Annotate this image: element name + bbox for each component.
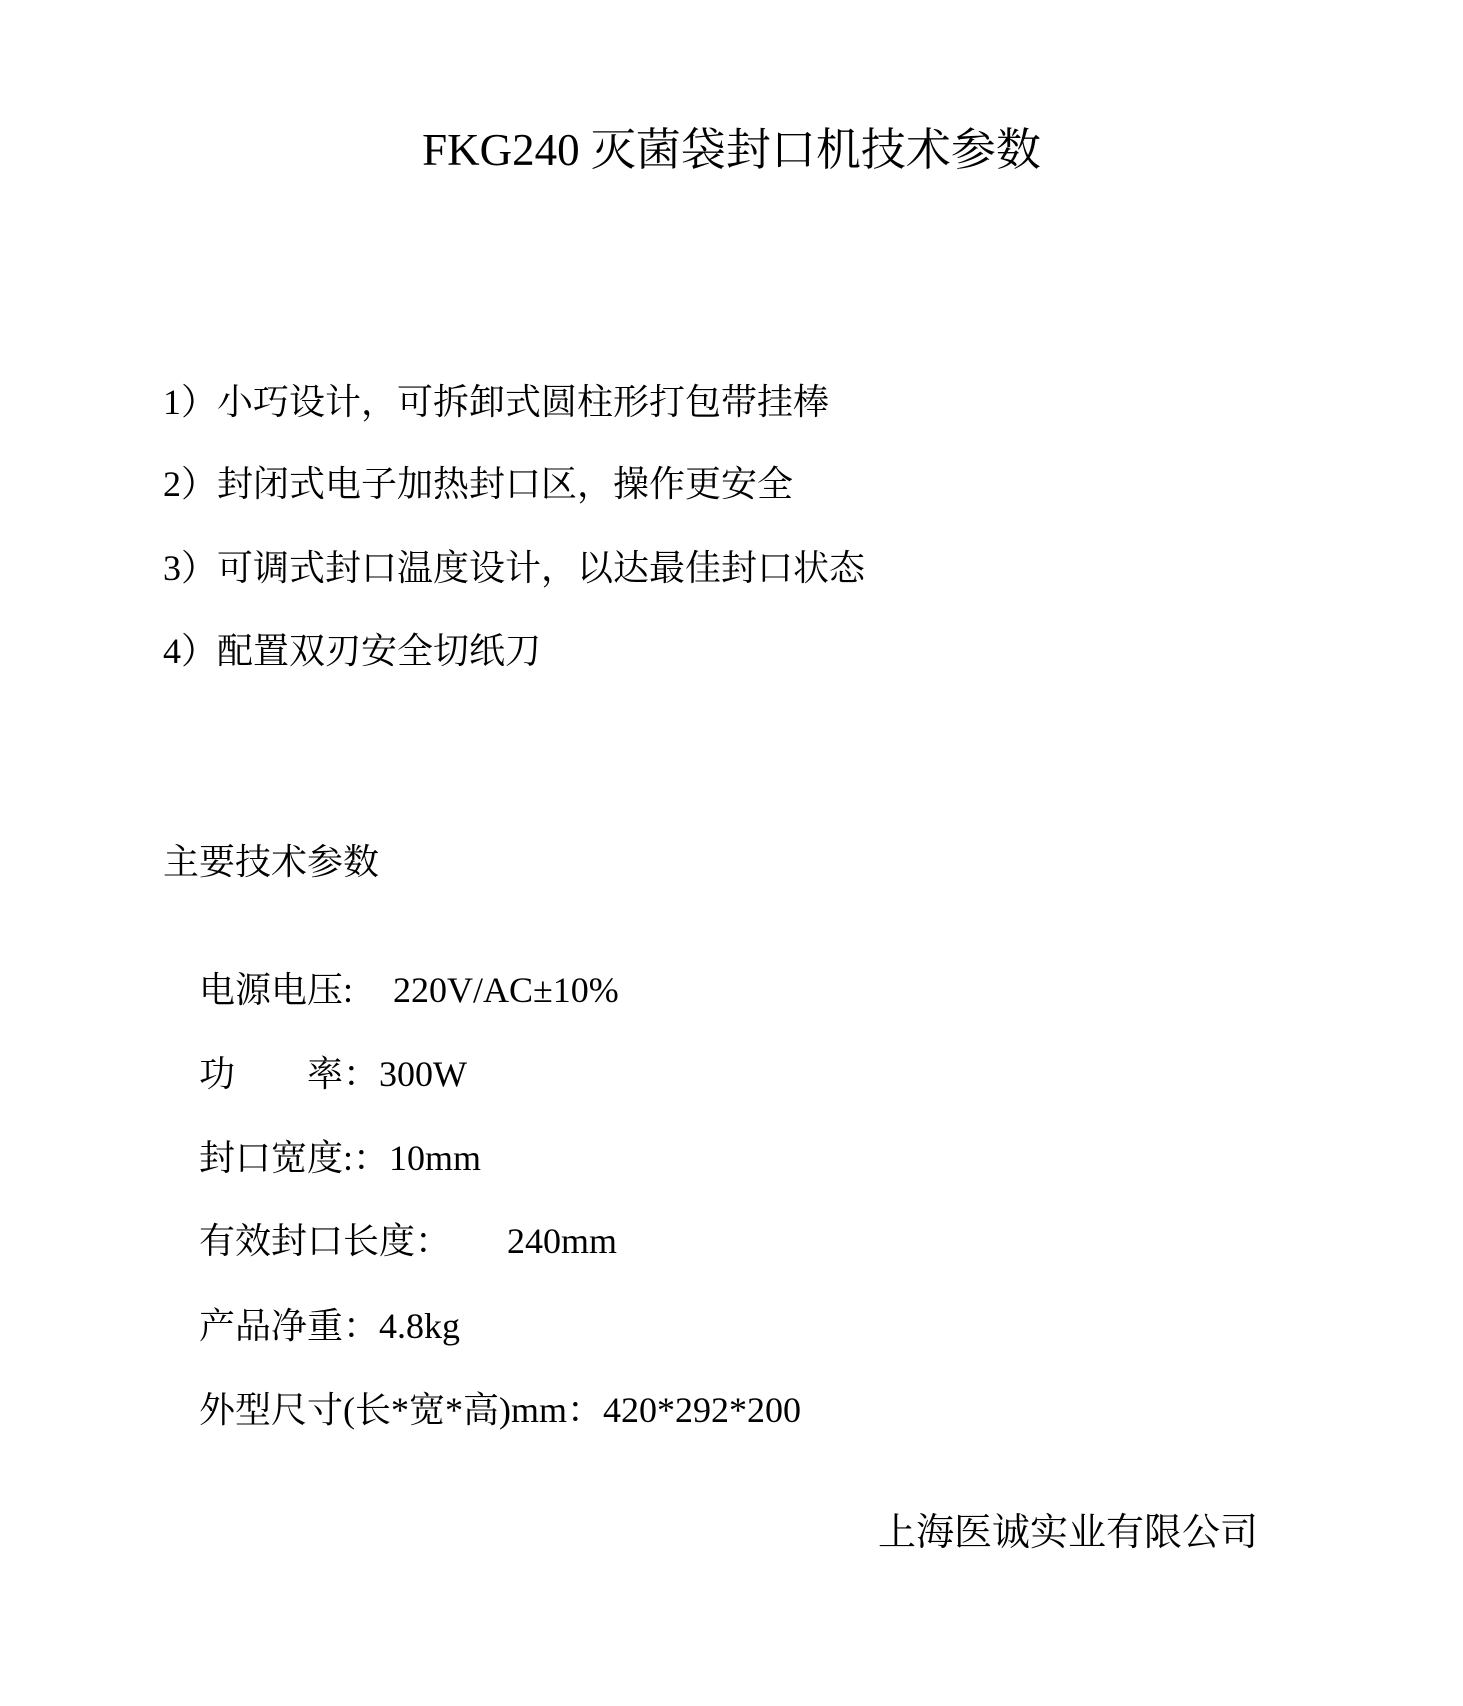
feature-item-2: 2）封闭式电子加热封口区，操作更安全 [163,462,793,506]
feature-item-1: 1）小巧设计，可拆卸式圆柱形打包带挂棒 [163,380,829,424]
spec-label: 封口宽度:： [199,1138,389,1178]
feature-item-3: 3）可调式封口温度设计，以达最佳封口状态 [163,546,865,590]
spec-label: 电源电压: [199,970,353,1010]
company-name: 上海医诚实业有限公司 [878,1510,1258,1556]
spec-row-dimensions: 外型尺寸(长*宽*高)mm：420*292*200 [163,1344,801,1476]
spec-label: 功 率： [199,1054,379,1094]
spec-value: 10mm [389,1138,481,1178]
spec-value: 220V/AC±10% [393,970,619,1010]
spec-value: 240mm [507,1221,617,1261]
spec-value: 4.8kg [379,1306,460,1346]
spec-label: 有效封口长度： [199,1221,451,1261]
feature-item-4: 4）配置双刃安全切纸刀 [163,629,541,673]
spec-value: 420*292*200 [603,1390,801,1430]
spec-label: 外型尺寸(长*宽*高)mm： [199,1390,603,1430]
document-title: FKG240 灭菌袋封口机技术参数 [0,122,1463,178]
spec-value: 300W [379,1054,467,1094]
spec-label: 产品净重： [199,1306,379,1346]
specs-heading: 主要技术参数 [163,840,379,884]
